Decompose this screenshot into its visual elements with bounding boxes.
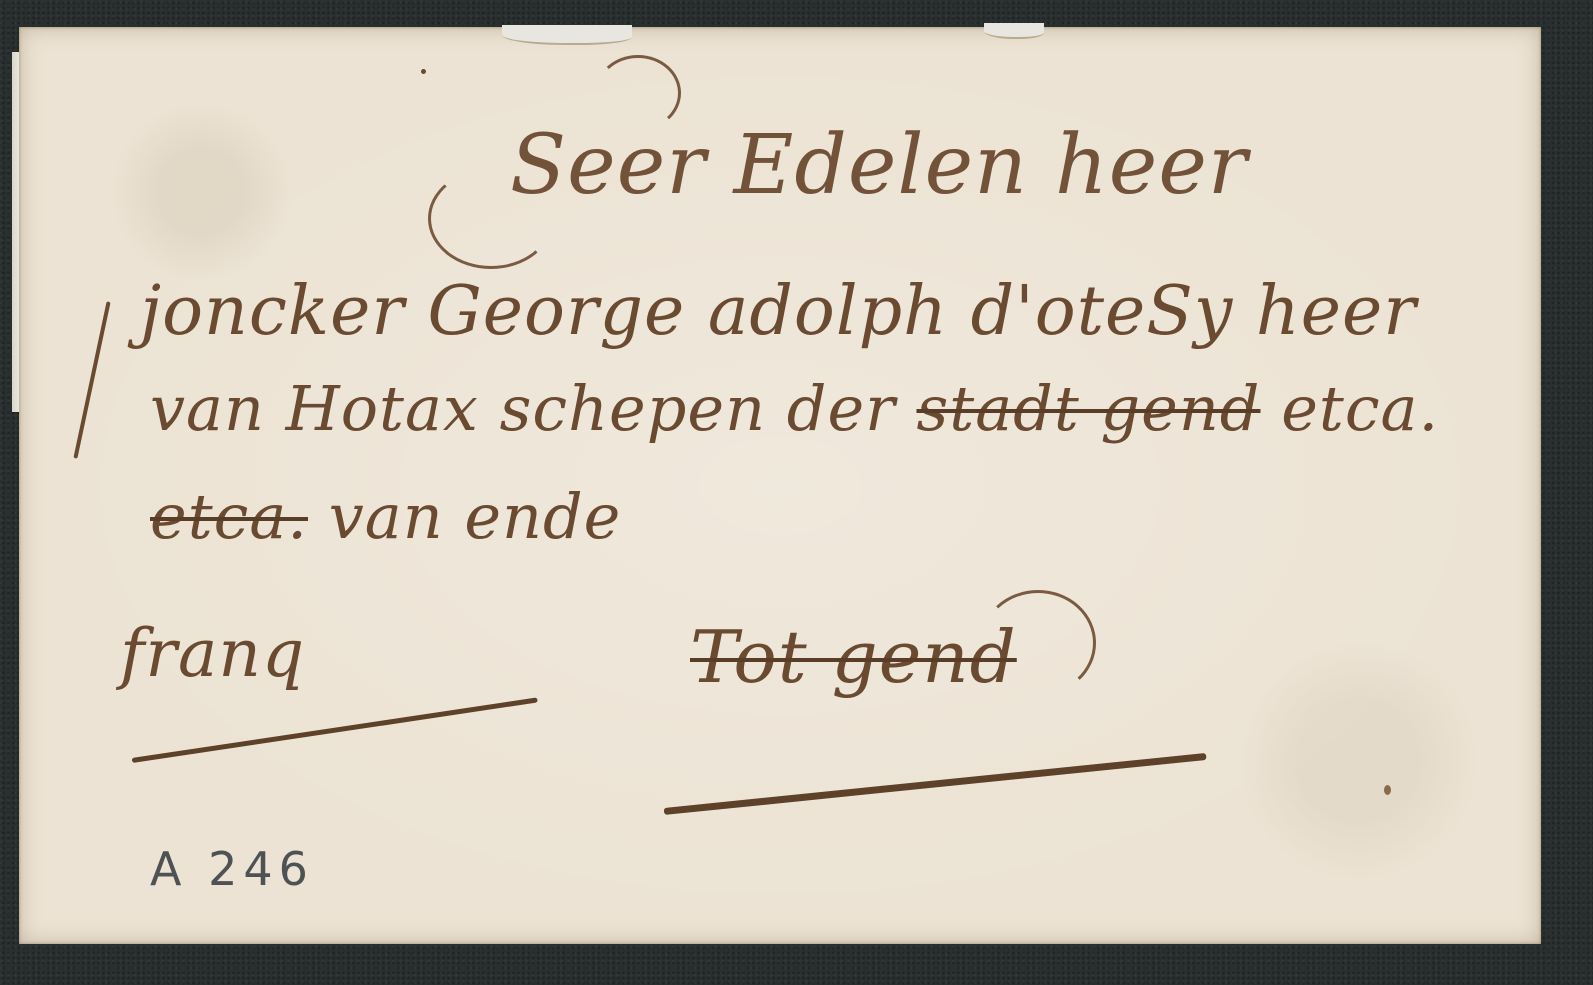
title-struck: stadt gend	[916, 372, 1260, 445]
continuation-line: etca. van ende	[150, 480, 621, 553]
title-suffix: etca.	[1261, 372, 1440, 445]
destination-text: Tot gend	[690, 615, 1017, 699]
continuation-plain: van ende	[308, 480, 621, 553]
postal-marking-franq: franq	[120, 615, 305, 692]
ink-spot	[421, 69, 426, 74]
salutation-text: Seer Edelen heer	[510, 118, 1248, 213]
stain-spot	[1384, 785, 1391, 795]
archive-number: A 246	[150, 842, 314, 896]
title-line: van Hotax schepen der stadt gend etca.	[150, 372, 1439, 445]
paper-tear	[502, 25, 632, 45]
continuation-struck: etca.	[150, 480, 308, 553]
addressee-text: joncker George adolph d'oteSy heer	[140, 272, 1417, 351]
title-plain: van Hotax schepen der	[150, 372, 916, 445]
paper-tear	[984, 23, 1044, 39]
